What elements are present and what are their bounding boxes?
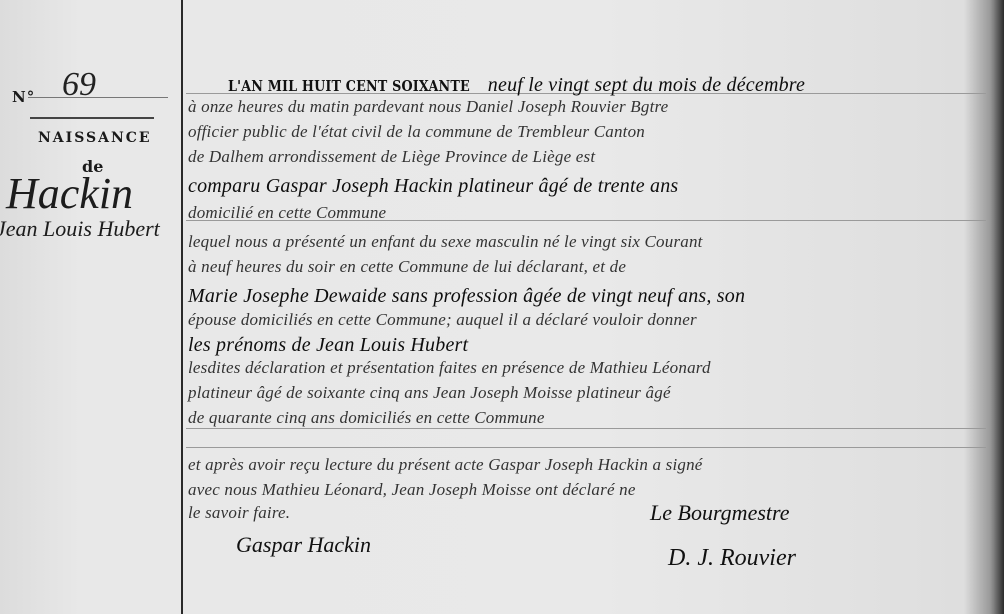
- child-given-names: Jean Louis Hubert: [0, 216, 160, 242]
- text-line-2: à onze heures du matin pardevant nous Da…: [188, 97, 668, 117]
- text-line-13: platineur âgé de soixante cinq ans Jean …: [188, 383, 671, 403]
- record-number: 69: [62, 66, 96, 104]
- text-line-4: de Dalhem arrondissement de Liège Provin…: [188, 147, 595, 167]
- text-line-5: comparu Gaspar Joseph Hackin platineur â…: [188, 175, 678, 198]
- ruled-line: [186, 447, 986, 448]
- page-edge-shadow: [994, 0, 1004, 614]
- text-line-14: de quarante cinq ans domiciliés en cette…: [188, 408, 545, 428]
- number-divider: [30, 117, 154, 119]
- child-surname: Hackin: [6, 168, 133, 219]
- margin-rule: [181, 0, 183, 614]
- printed-preamble: L'AN MIL HUIT CENT SOIXANTE: [228, 77, 470, 95]
- text-line-7: lequel nous a présenté un enfant du sexe…: [188, 232, 703, 252]
- text-line-11: les prénoms de Jean Louis Hubert: [188, 334, 468, 357]
- text-line-17: le savoir faire.: [188, 503, 290, 523]
- declarant-signature: Gaspar Hackin: [236, 532, 371, 558]
- text-line-15: et après avoir reçu lecture du présent a…: [188, 455, 703, 475]
- mayor-signature: D. J. Rouvier: [668, 545, 796, 572]
- text-line-1: L'AN MIL HUIT CENT SOIXANTE neuf le ving…: [228, 74, 805, 97]
- record-type-heading: NAISSANCE: [38, 130, 152, 146]
- text-line-9: Marie Josephe Dewaide sans profession âg…: [188, 285, 745, 308]
- register-page: N° 69 NAISSANCE de Hackin Jean Louis Hub…: [0, 0, 1004, 614]
- ruled-line: [186, 428, 986, 429]
- number-underline: [28, 97, 168, 98]
- mayor-title: Le Bourgmestre: [650, 500, 790, 526]
- text-line-16: avec nous Mathieu Léonard, Jean Joseph M…: [188, 480, 636, 500]
- text-line-3: officier public de l'état civil de la co…: [188, 122, 645, 142]
- text-line-6: domicilié en cette Commune: [188, 203, 386, 223]
- text-line-8: à neuf heures du soir en cette Commune d…: [188, 257, 626, 277]
- text-line-12: lesdites déclaration et présentation fai…: [188, 358, 711, 378]
- text-line-10: épouse domiciliés en cette Commune; auqu…: [188, 310, 697, 330]
